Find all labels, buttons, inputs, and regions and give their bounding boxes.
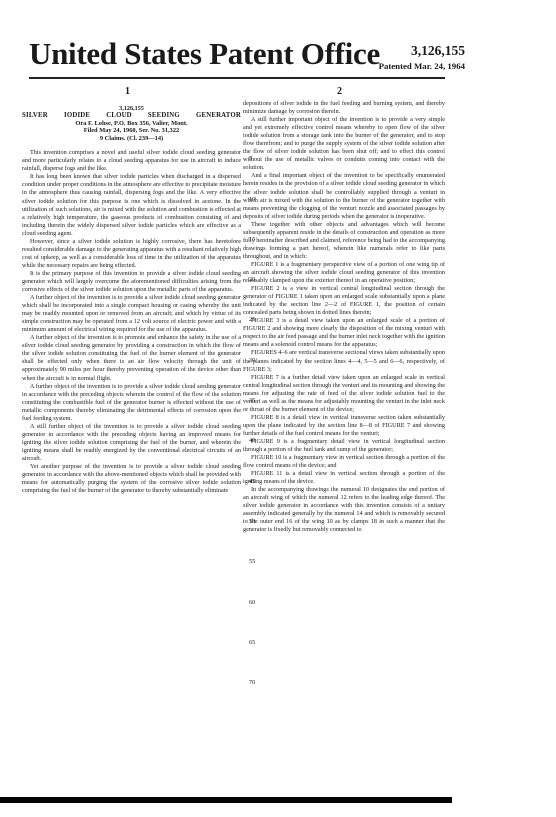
left-column: 3,126,155 SILVER IODIDE CLOUD SEEDING GE… bbox=[22, 100, 241, 495]
office-title: United States Patent Office bbox=[29, 36, 380, 72]
line-number: 55 bbox=[249, 558, 255, 565]
body-paragraph: depositions of silver iodide in the fuel… bbox=[243, 100, 445, 116]
line-number: 60 bbox=[249, 599, 255, 606]
body-paragraph: It has long been known that silver iodid… bbox=[22, 173, 241, 237]
body-paragraph: A further object of the invention is to … bbox=[22, 294, 241, 334]
body-paragraph: These together with other objects and ad… bbox=[243, 221, 445, 261]
body-paragraph: FIGURE 3 is a detail view taken upon an … bbox=[243, 317, 445, 349]
filing-line: Filed May 24, 1960, Ser. No. 31,322 bbox=[22, 127, 241, 134]
patent-number: 3,126,155 bbox=[411, 43, 465, 59]
invention-title: SILVER IODIDE CLOUD SEEDING GENERATOR bbox=[22, 112, 241, 120]
body-paragraph: It is the primary purpose of this invent… bbox=[22, 270, 241, 294]
body-paragraph: FIGURE 9 is a fragmentary detail view in… bbox=[243, 438, 445, 454]
body-paragraph: FIGURES 4–6 are vertical transverse sect… bbox=[243, 349, 445, 373]
body-paragraph: FIGURE 8 is a detail view in vertical tr… bbox=[243, 414, 445, 438]
body-paragraph: A still further object of the invention … bbox=[22, 423, 241, 463]
body-paragraph: This invention comprises a novel and use… bbox=[22, 149, 241, 173]
header-rule bbox=[29, 77, 445, 79]
patent-heading: 3,126,155 SILVER IODIDE CLOUD SEEDING GE… bbox=[22, 106, 241, 142]
body-paragraph: A still further important object of the … bbox=[243, 116, 445, 172]
patented-date: Patented Mar. 24, 1964 bbox=[379, 61, 465, 71]
body-paragraph: FIGURE 2 is a view in vertical central l… bbox=[243, 285, 445, 317]
body-paragraph: However, since a silver iodide solution … bbox=[22, 238, 241, 270]
page-bottom-bar bbox=[0, 797, 452, 803]
body-paragraph: FIGURE 10 is a fragmentary view in verti… bbox=[243, 454, 445, 470]
column-number-left: 1 bbox=[125, 86, 130, 97]
body-paragraph: FIGURE 11 is a detail view in vertical s… bbox=[243, 470, 445, 486]
body-paragraph: Yet another purpose of the invention is … bbox=[22, 463, 241, 495]
left-body-text: This invention comprises a novel and use… bbox=[22, 149, 241, 495]
line-number: 70 bbox=[249, 679, 255, 686]
body-paragraph: FIGURE 1 is a fragmentary perspective vi… bbox=[243, 261, 445, 285]
body-paragraph: FIGURE 7 is a further detail view taken … bbox=[243, 374, 445, 414]
right-body-text: depositions of silver iodide in the fuel… bbox=[243, 100, 445, 535]
column-number-right: 2 bbox=[337, 86, 342, 97]
body-paragraph: In the accompanying drawings the numeral… bbox=[243, 486, 445, 534]
right-column: depositions of silver iodide in the fuel… bbox=[243, 100, 445, 535]
body-paragraph: And a final important object of the inve… bbox=[243, 172, 445, 220]
body-paragraph: A further object of the invention is to … bbox=[22, 334, 241, 382]
line-number: 65 bbox=[249, 639, 255, 646]
claims-line: 9 Claims. (Cl. 239—14) bbox=[22, 135, 241, 142]
inventor-line: Ora F. Lohse, P.O. Box 356, Valier, Mont… bbox=[22, 120, 241, 127]
body-paragraph: A further object of the invention is to … bbox=[22, 383, 241, 423]
